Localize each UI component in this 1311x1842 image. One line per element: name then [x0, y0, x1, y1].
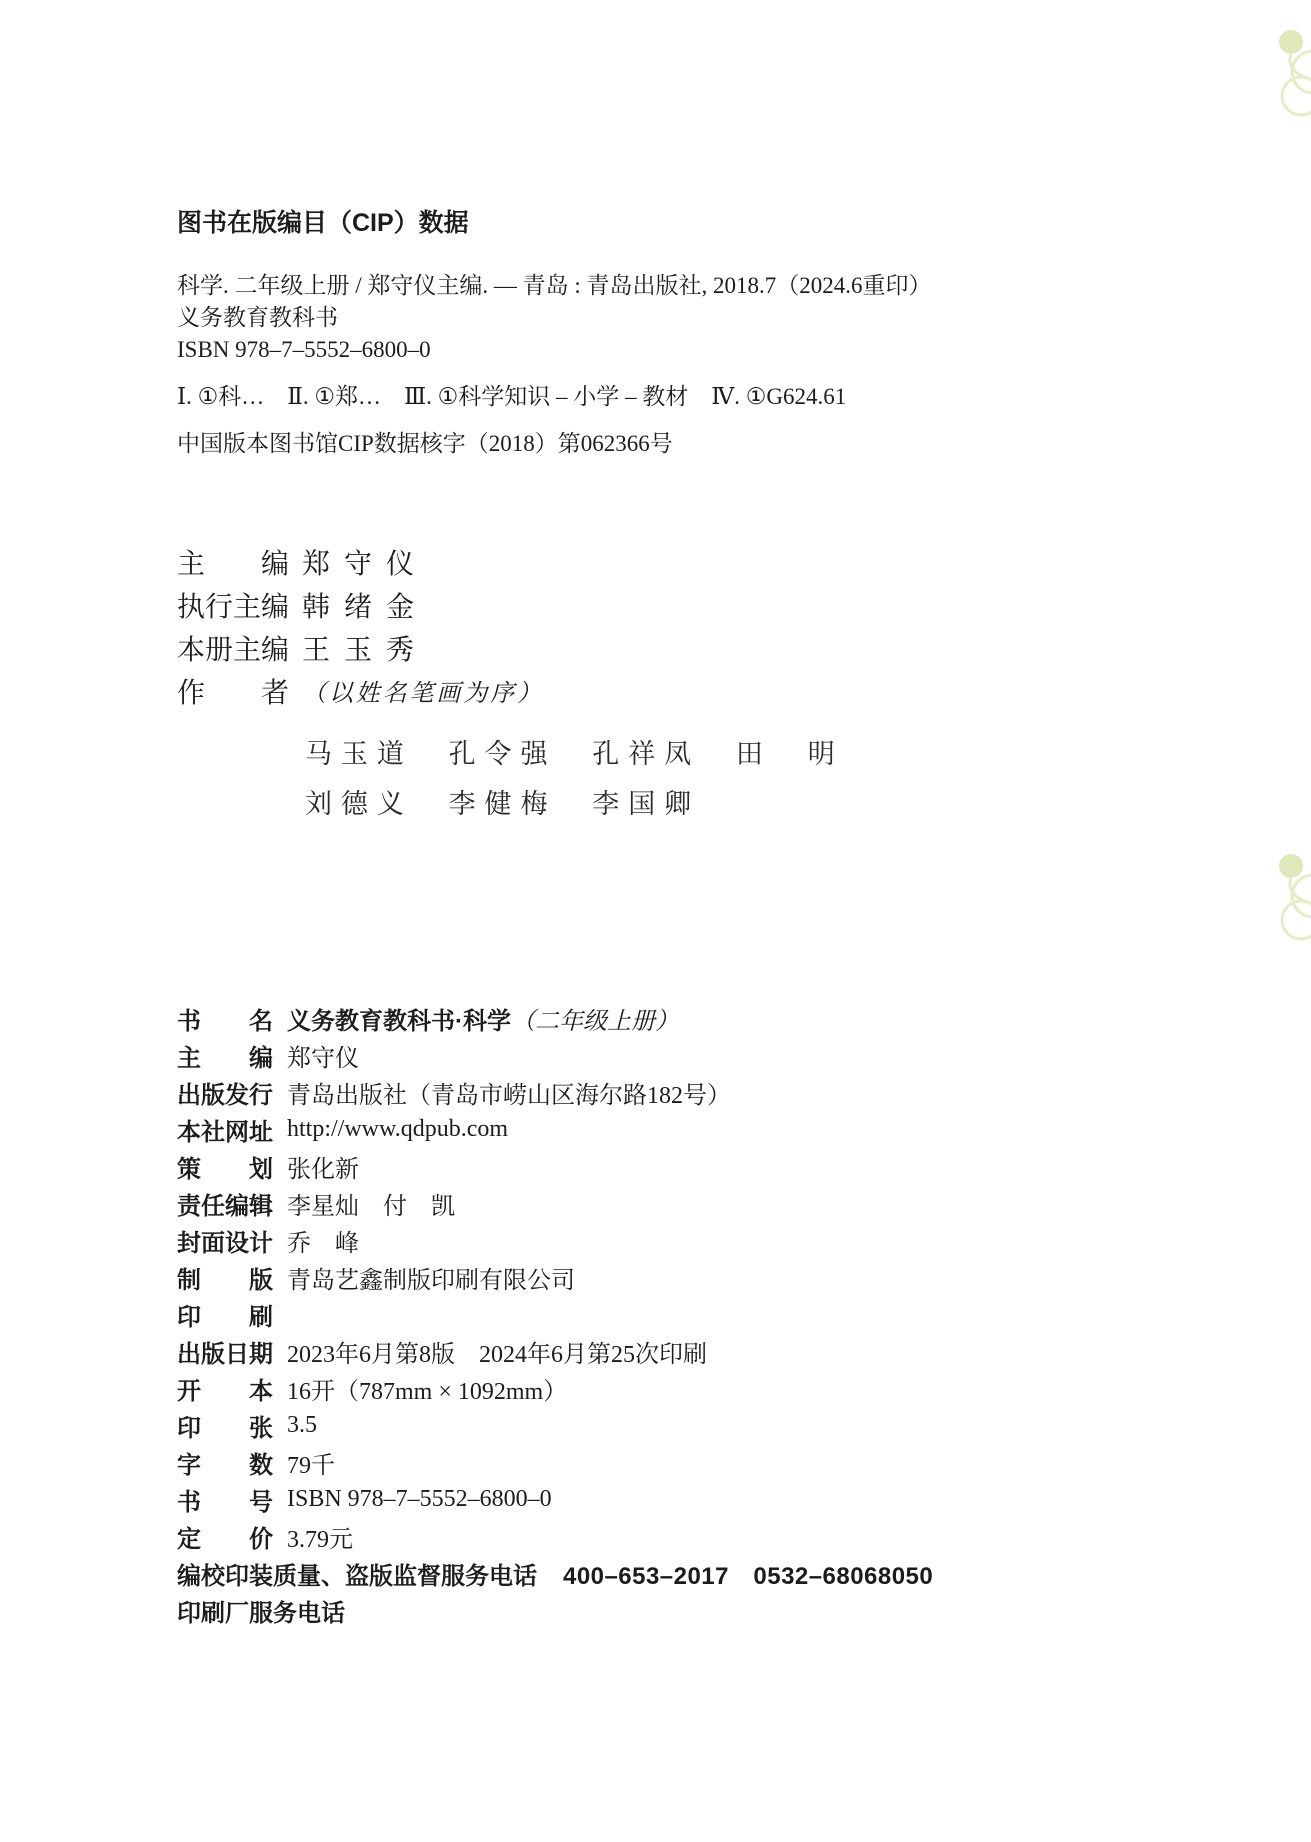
authors-row: 作 者 （以姓名笔画为序）: [177, 669, 1077, 712]
colophon-block: 书 名 义务教育教科书·科学 （二年级上册） 主 编 郑守仪 出版发行 青岛出版…: [177, 1000, 1177, 1629]
publication-date-row: 出版日期 2023年6月第8版 2024年6月第25次印刷: [177, 1333, 1177, 1370]
cip-bibliography-line: 科学. 二年级上册 / 郑守仪主编. — 青岛 : 青岛出版社, 2018.7（…: [177, 270, 1037, 302]
volume-editor-row: 本册主编 王玉秀: [177, 626, 1077, 669]
editors-block: 主 编 郑守仪 执行主编 韩绪金 本册主编 王玉秀 作 者 （以姓名笔画为序） …: [177, 540, 1077, 826]
quality-hotline-row: 编校印装质量、盗版监督服务电话 400–653–2017 0532–680680…: [177, 1555, 1177, 1592]
print-service-hotline-label: 印刷厂服务电话: [177, 1593, 345, 1628]
sheets-value: 3.5: [287, 1412, 317, 1439]
responsible-editor-label: 责任编辑: [177, 1186, 287, 1221]
cip-title: 图书在版编目（CIP）数据: [177, 208, 1037, 238]
plate-making-row: 制 版 青岛艺鑫制版印刷有限公司: [177, 1259, 1177, 1296]
planner-value: 张化新: [287, 1149, 359, 1184]
chief-editor-name: 郑守仪: [302, 542, 428, 582]
isbn-value: ISBN 978–7–5552–6800–0: [287, 1486, 552, 1513]
publisher-value: 青岛出版社（青岛市崂山区海尔路182号）: [287, 1075, 731, 1110]
executive-editor-row: 执行主编 韩绪金: [177, 583, 1077, 626]
word-count-label: 字 数: [177, 1445, 287, 1480]
floral-ornament-top-right-icon: [1275, 26, 1311, 122]
cip-series-line: 义务教育教科书: [177, 302, 1037, 334]
book-title-label: 书 名: [177, 1001, 287, 1036]
author-name-list: 马玉道 孔令强 孔祥凤 田 明 刘德义 李健梅 李国卿: [305, 726, 1077, 826]
publisher-label: 出版发行: [177, 1075, 287, 1110]
chief-editor-row: 主 编 郑守仪: [177, 540, 1077, 583]
price-row: 定 价 3.79元: [177, 1518, 1177, 1555]
quality-hotline-numbers: 400–653–2017 0532–68068050: [563, 1556, 933, 1591]
website-url[interactable]: http://www.qdpub.com: [287, 1116, 508, 1143]
executive-editor-name: 韩绪金: [302, 585, 428, 625]
book-title-volume: （二年级上册）: [511, 1001, 679, 1036]
cip-block: 图书在版编目（CIP）数据 科学. 二年级上册 / 郑守仪主编. — 青岛 : …: [177, 208, 1037, 460]
publication-date-label: 出版日期: [177, 1334, 287, 1369]
cip-isbn-line: ISBN 978–7–5552–6800–0: [177, 334, 1037, 366]
book-title-row: 书 名 义务教育教科书·科学 （二年级上册）: [177, 1000, 1177, 1037]
cover-design-label: 封面设计: [177, 1223, 287, 1258]
cover-design-row: 封面设计 乔 峰: [177, 1222, 1177, 1259]
planner-label: 策 划: [177, 1149, 287, 1184]
word-count-value: 79千: [287, 1445, 335, 1480]
editor-row: 主 编 郑守仪: [177, 1037, 1177, 1074]
responsible-editor-value: 李星灿 付 凯: [287, 1186, 455, 1221]
isbn-label: 书 号: [177, 1482, 287, 1517]
sheets-row: 印 张 3.5: [177, 1407, 1177, 1444]
book-title-value: 义务教育教科书·科学: [287, 1001, 511, 1036]
author-names-line-2: 刘德义 李健梅 李国卿: [305, 776, 1077, 826]
word-count-row: 字 数 79千: [177, 1444, 1177, 1481]
responsible-editor-row: 责任编辑 李星灿 付 凯: [177, 1185, 1177, 1222]
plate-making-value: 青岛艺鑫制版印刷有限公司: [287, 1260, 575, 1295]
floral-ornament-middle-right-icon: [1275, 850, 1311, 946]
price-label: 定 价: [177, 1519, 287, 1554]
printing-row: 印 刷: [177, 1296, 1177, 1333]
plate-making-label: 制 版: [177, 1260, 287, 1295]
cover-design-value: 乔 峰: [287, 1223, 359, 1258]
editor-value: 郑守仪: [287, 1038, 359, 1073]
planner-row: 策 划 张化新: [177, 1148, 1177, 1185]
executive-editor-label: 执行主编: [177, 585, 302, 625]
authors-label: 作 者: [177, 671, 302, 711]
printing-label: 印 刷: [177, 1297, 287, 1332]
website-label: 本社网址: [177, 1112, 287, 1147]
isbn-row: 书 号 ISBN 978–7–5552–6800–0: [177, 1481, 1177, 1518]
publisher-row: 出版发行 青岛出版社（青岛市崂山区海尔路182号）: [177, 1074, 1177, 1111]
copyright-page: 图书在版编目（CIP）数据 科学. 二年级上册 / 郑守仪主编. — 青岛 : …: [0, 0, 1311, 1842]
authors-note: （以姓名笔画为序）: [302, 673, 544, 708]
chief-editor-label: 主 编: [177, 542, 302, 582]
price-value: 3.79元: [287, 1519, 353, 1554]
cip-record-number-line: 中国版本图书馆CIP数据核字（2018）第062366号: [177, 428, 1037, 460]
format-row: 开 本 16开（787mm × 1092mm）: [177, 1370, 1177, 1407]
editor-label: 主 编: [177, 1038, 287, 1073]
volume-editor-name: 王玉秀: [302, 628, 428, 668]
format-value: 16开（787mm × 1092mm）: [287, 1371, 567, 1406]
sheets-label: 印 张: [177, 1408, 287, 1443]
quality-hotline-label: 编校印装质量、盗版监督服务电话: [177, 1556, 537, 1591]
website-row: 本社网址 http://www.qdpub.com: [177, 1111, 1177, 1148]
author-names-line-1: 马玉道 孔令强 孔祥凤 田 明: [305, 726, 1077, 776]
format-label: 开 本: [177, 1371, 287, 1406]
cip-classification-line: Ⅰ. ①科… Ⅱ. ①郑… Ⅲ. ①科学知识 – 小学 – 教材 Ⅳ. ①G62…: [177, 381, 1037, 413]
print-service-hotline-row: 印刷厂服务电话: [177, 1592, 1177, 1629]
volume-editor-label: 本册主编: [177, 628, 302, 668]
publication-date-value: 2023年6月第8版 2024年6月第25次印刷: [287, 1334, 707, 1369]
